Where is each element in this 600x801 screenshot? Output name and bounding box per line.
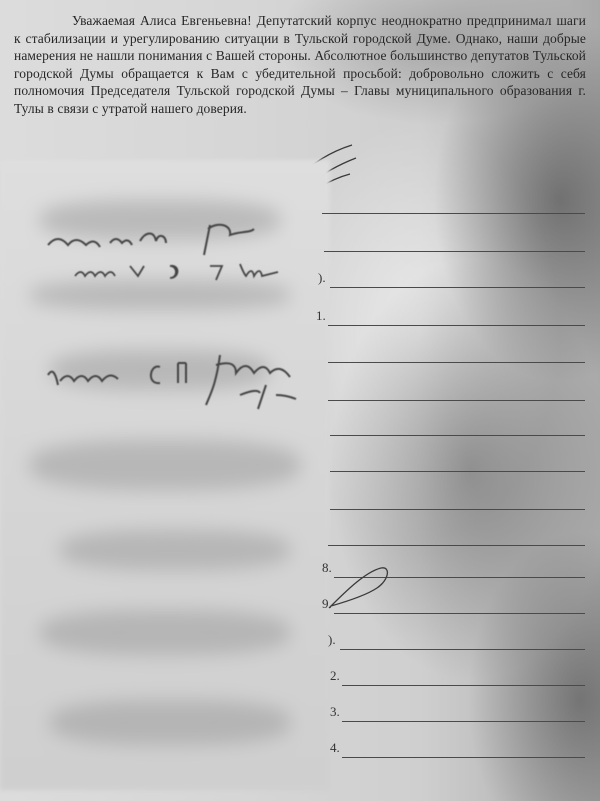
pen-loop-mark — [325, 562, 395, 612]
signature-underline — [334, 613, 585, 615]
signature-underline — [330, 471, 585, 473]
signature-underline — [322, 213, 585, 215]
signature-line-9 — [324, 494, 585, 510]
signature-line-4: 1. — [316, 310, 585, 326]
signature-line-14: 2. — [330, 670, 585, 686]
signature-line-5 — [322, 347, 585, 363]
line-number: 4. — [330, 740, 340, 756]
signature-line-7 — [324, 420, 585, 436]
signature-line-3: ). — [318, 272, 585, 288]
signature-underline — [342, 757, 585, 759]
signature-underline — [342, 721, 585, 723]
signature-underline — [328, 400, 585, 402]
line-number: ). — [328, 632, 336, 648]
signature-underline — [330, 287, 585, 289]
signature-underline — [324, 251, 585, 253]
signature-underline — [328, 362, 585, 364]
signature-line-16: 4. — [330, 742, 585, 758]
signature-line-10 — [322, 530, 585, 546]
signature-line-8 — [324, 456, 585, 472]
line-number: 1. — [316, 308, 326, 324]
signature-line-2 — [318, 236, 585, 252]
signature-underline — [330, 435, 585, 437]
line-number: 3. — [330, 704, 340, 720]
signature-line-15: 3. — [330, 706, 585, 722]
signature-underline — [330, 509, 585, 511]
line-number: 2. — [330, 668, 340, 684]
signature-line-6 — [322, 385, 585, 401]
signature-underline — [342, 685, 585, 687]
signature-underline — [328, 545, 585, 547]
signature-line-1 — [316, 198, 585, 214]
signature-lines: ).1.8.9.).2.3.4. — [0, 0, 600, 801]
line-number: ). — [318, 270, 326, 286]
signature-line-13: ). — [328, 634, 585, 650]
signature-underline — [328, 325, 585, 327]
signature-underline — [340, 649, 585, 651]
